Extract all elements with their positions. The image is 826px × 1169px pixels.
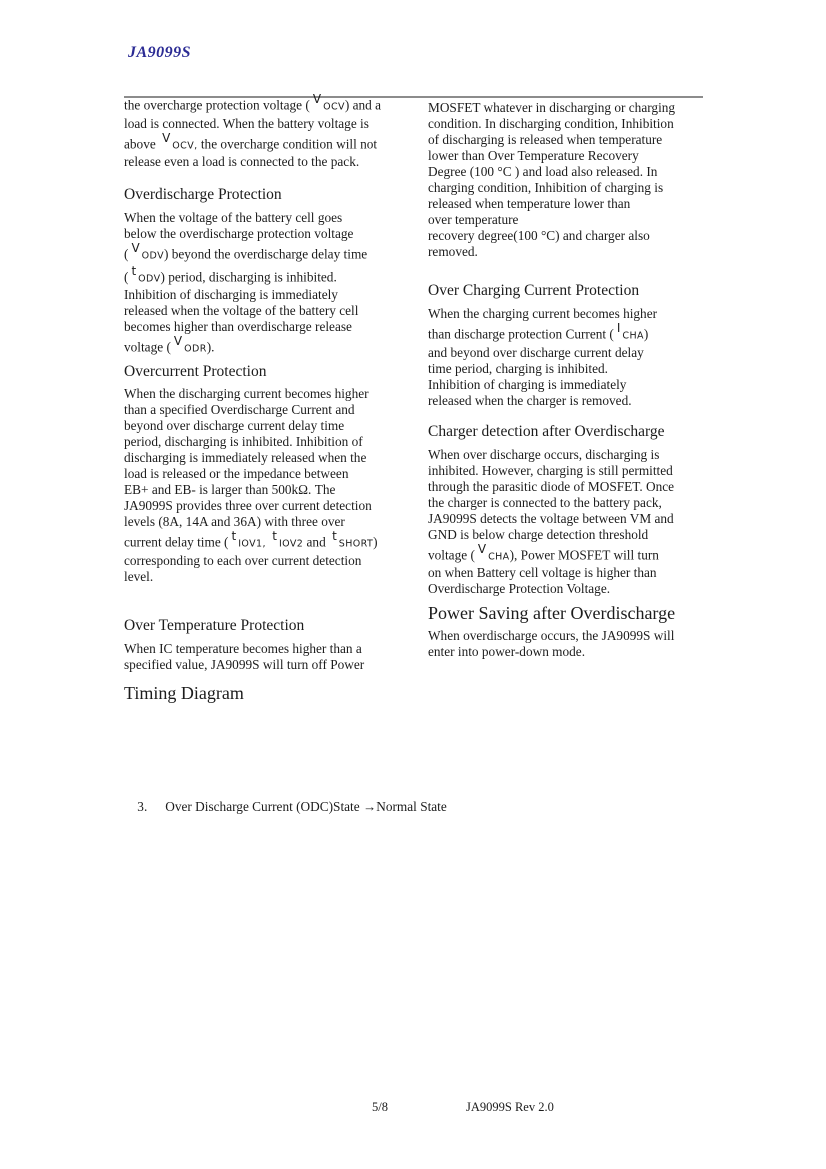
raised-symbol: t [332, 529, 337, 543]
left-column: the overcharge protection voltage (VOCV)… [124, 100, 424, 708]
page-number: 5/8 [372, 1100, 388, 1115]
raised-symbol: V [174, 334, 182, 348]
raised-symbol: V [313, 92, 321, 106]
list-item-number: 3. [137, 799, 147, 814]
heading-overdischarge-protection: Overdischarge Protection [124, 186, 424, 204]
heading-timing-diagram: Timing Diagram [124, 683, 424, 704]
subscript-label: ODR [184, 344, 207, 355]
subscript-label: CHA [622, 331, 643, 342]
subscript-label: OCV, [172, 140, 197, 151]
subscript-label: CHA [488, 551, 509, 562]
subscript-label: OCV [323, 102, 345, 113]
heading-over-charging-current-protection: Over Charging Current Protection [428, 282, 728, 300]
subscript-label: IOV1, [238, 539, 266, 550]
paragraph-power-saving: When overdischarge occurs, the JA9099S w… [428, 628, 728, 660]
subscript-label: ODV [142, 251, 164, 262]
brand-logo: JA9099S [128, 44, 191, 62]
doc-revision: JA9099S Rev 2.0 [466, 1100, 554, 1115]
paragraph-overcharge-release: the overcharge protection voltage (VOCV)… [124, 93, 424, 170]
raised-symbol: t [272, 529, 277, 543]
paragraph-overdischarge-protection: When the voltage of the battery cell goe… [124, 210, 424, 358]
subscript-label: ODV [138, 273, 160, 284]
raised-symbol: V [131, 241, 139, 255]
heading-overcurrent-protection: Overcurrent Protection [124, 363, 424, 381]
paragraph-mosfet-temperature: MOSFET whatever in discharging or chargi… [428, 100, 728, 260]
subscript-label: SHORT [339, 539, 373, 550]
raised-symbol: V [478, 542, 486, 556]
raised-symbol: t [131, 264, 136, 278]
paragraph-overcurrent-protection: When the discharging current becomes hig… [124, 386, 424, 585]
paragraph-over-temperature-protection: When IC temperature becomes higher than … [124, 641, 424, 673]
right-column: MOSFET whatever in discharging or chargi… [428, 100, 728, 660]
list-item-text: Over Discharge Current (ODC)State →Norma… [165, 799, 447, 814]
raised-symbol: t [231, 529, 236, 543]
list-item-odc-state: 3.Over Discharge Current (ODC)State →Nor… [124, 783, 447, 831]
raised-symbol: I [617, 321, 621, 335]
raised-symbol: V [162, 131, 170, 145]
subscript-label: IOV2 [279, 539, 303, 550]
heading-charger-detection: Charger detection after Overdischarge [428, 423, 728, 441]
heading-power-saving: Power Saving after Overdischarge [428, 603, 728, 624]
heading-over-temperature-protection: Over Temperature Protection [124, 617, 424, 635]
paragraph-charger-detection: When over discharge occurs, discharging … [428, 447, 728, 598]
datasheet-page: JA9099S the overcharge protection voltag… [0, 0, 826, 1169]
paragraph-over-charging-current: When the charging current becomes higher… [428, 306, 728, 409]
